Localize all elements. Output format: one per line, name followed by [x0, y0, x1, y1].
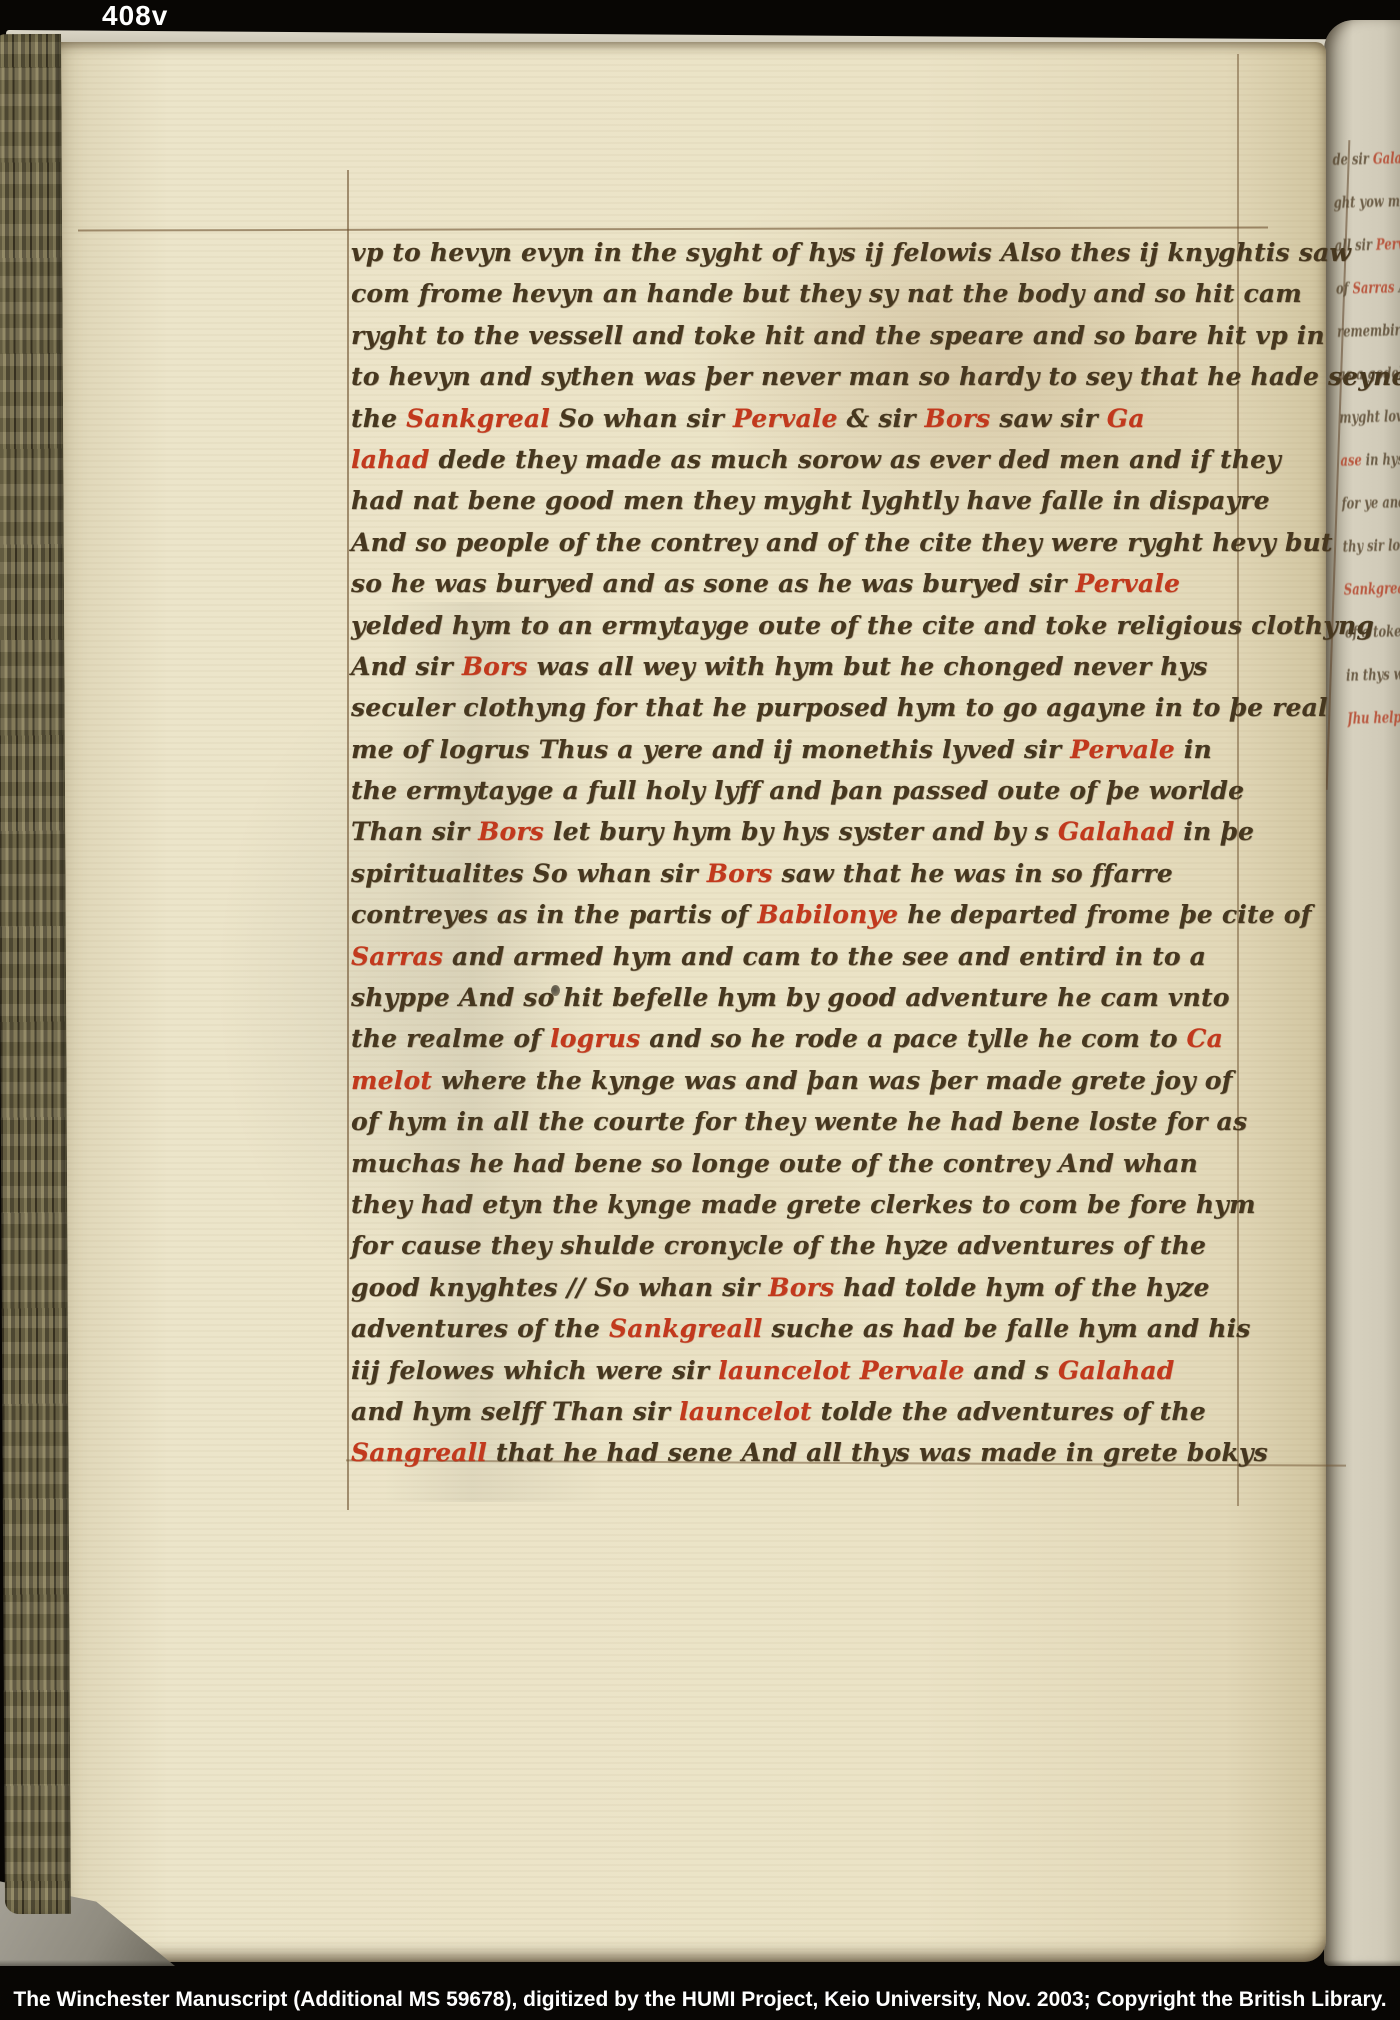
ink-text: suche as had be falle hym and his — [762, 1314, 1250, 1343]
ink-text: to hevyn and sythen was þer never man so… — [351, 362, 1400, 391]
facing-page-line: in thys worlde S — [1346, 651, 1400, 697]
rubricated-word: Sankgreall — [609, 1314, 763, 1343]
ink-text: that he had sene And all thys was made i… — [487, 1438, 1268, 1467]
caption-bar: The Winchester Manuscript (Additional MS… — [0, 1960, 1400, 2020]
manuscript-line: melot where the kynge was and þan was þe… — [351, 1060, 1251, 1101]
ink-text — [851, 1356, 860, 1385]
ink-text: was all wey with hym but he chonged neve… — [528, 652, 1208, 681]
manuscript-line: so he was buryed and as sone as he was b… — [351, 563, 1251, 604]
facing-page-line: de sir Galaha — [1332, 135, 1400, 181]
manuscript-line: the realme of logrus and so he rode a pa… — [351, 1018, 1251, 1059]
ink-text: And sir — [351, 652, 462, 681]
ink-text: iij felowes which were sir — [351, 1356, 718, 1385]
ink-text: de sir — [1332, 149, 1373, 169]
manuscript-line: had nat bene good men they myght lyghtly… — [351, 480, 1251, 521]
manuscript-line: muchas he had bene so longe oute of the … — [351, 1143, 1251, 1184]
ink-text: the ermytayge a full holy lyff and þan p… — [351, 776, 1244, 805]
manuscript-line: the Sankgreal So whan sir Pervale & sir … — [351, 398, 1251, 439]
rubricated-word: Ga — [1107, 404, 1145, 433]
manuscript-line: lahad dede they made as much sorow as ev… — [351, 439, 1251, 480]
facing-page-line: Sankgreal that — [1343, 565, 1400, 611]
manuscript-line: adventures of the Sankgreall suche as ha… — [351, 1308, 1251, 1349]
ink-text: and hym selff Than sir — [351, 1397, 679, 1426]
rubricated-word: Bors — [924, 404, 990, 433]
ink-text: good knyghtes // So whan sir — [351, 1273, 768, 1302]
rubricated-word: lahad — [351, 445, 430, 474]
manuscript-line: Than sir Bors let bury hym by hys syster… — [351, 811, 1251, 852]
manuscript-line: shyppe And so hit befelle hym by good ad… — [351, 977, 1251, 1018]
rubricated-word: Sarras — [1352, 277, 1394, 297]
facing-page-line: ght yow my lorde f — [1333, 178, 1400, 224]
manuscript-line: spiritualites So whan sir Bors saw that … — [351, 853, 1251, 894]
rubricated-word: logrus — [550, 1024, 640, 1053]
ink-text: for ye and I shall no — [1341, 490, 1400, 512]
manuscript-line: com frome hevyn an hande but they sy nat… — [351, 273, 1251, 314]
manuscript-line: good knyghtes // So whan sir Bors had to… — [351, 1267, 1251, 1308]
ink-text: and armed hym and cam to the see and ent… — [443, 942, 1206, 971]
manuscript-line: for cause they shulde cronycle of the hy… — [351, 1225, 1251, 1266]
ink-text: ryght to the vessell and toke hit and th… — [351, 321, 1325, 350]
rubricated-word: Jhu helpe hym th — [1347, 706, 1400, 728]
rubricated-word: Ca — [1186, 1024, 1223, 1053]
rubricated-word: Pervale — [1376, 234, 1400, 254]
rubricated-word: Sankgreal — [406, 404, 550, 433]
facing-page-line: for ye and I shall no — [1341, 479, 1400, 525]
caption-text: The Winchester Manuscript (Additional MS… — [13, 1988, 1386, 2012]
rubricated-word: Pervale — [1070, 735, 1175, 764]
rubricated-word: Bors — [462, 652, 528, 681]
rubricated-word: Galahad — [1058, 1356, 1175, 1385]
manuscript-line: of hym in all the courte for they wente … — [351, 1101, 1251, 1142]
manuscript-line: seculer clothyng for that he purposed hy… — [351, 687, 1251, 728]
ink-text: he departed frome þe cite of — [898, 900, 1311, 929]
manuscript-line: and hym selff Than sir launcelot tolde t… — [351, 1391, 1251, 1432]
ink-text: in þe — [1174, 817, 1254, 846]
ink-text: they had etyn the kynge made grete clerk… — [351, 1190, 1256, 1219]
manuscript-page: vp to hevyn evyn in the syght of hys ij … — [54, 42, 1326, 1962]
ink-text: muchas he had bene so longe oute of the … — [351, 1149, 1198, 1178]
ink-text: vp to hevyn evyn in the syght of hys ij … — [351, 238, 1351, 267]
ruling-line-left-margin — [347, 170, 349, 1510]
manuscript-line: they had etyn the kynge made grete clerk… — [351, 1184, 1251, 1225]
manuscript-line: me of logrus Thus a yere and ij monethis… — [351, 729, 1251, 770]
manuscript-line: contreyes as in the partis of Babilonye … — [351, 894, 1251, 935]
ink-text: the realme of — [351, 1024, 550, 1053]
book-page-edges — [0, 34, 71, 1914]
ink-text: had tolde hym of the hyze — [834, 1273, 1209, 1302]
ink-text: the — [351, 404, 406, 433]
rubricated-word: Galahad — [1058, 817, 1175, 846]
manuscript-line: And sir Bors was all wey with hym but he… — [351, 646, 1251, 687]
ink-text: Also e — [1394, 276, 1400, 296]
ink-text: in thys worlde S — [1346, 663, 1400, 685]
rubricated-word: ase — [1340, 450, 1362, 470]
rubricated-word: Babilonye — [757, 900, 898, 929]
facing-page-line: thy sir lorde he as — [1342, 522, 1400, 568]
manuscript-line: the ermytayge a full holy lyff and þan p… — [351, 770, 1251, 811]
rubricated-word: Sangreall — [351, 1438, 487, 1467]
ink-text: spiritualites So whan sir — [351, 859, 707, 888]
ink-text: And so people of the contrey and of the … — [351, 528, 1333, 557]
rubricated-word: Bors — [478, 817, 544, 846]
ink-text: of — [1336, 279, 1353, 298]
rubricated-word: Pervale — [733, 404, 838, 433]
rubricated-word: Pervale — [1075, 569, 1180, 598]
ink-text: So whan sir — [550, 404, 733, 433]
rubricated-word: Sankgreal — [1344, 578, 1400, 599]
ink-text: in — [1175, 735, 1212, 764]
ink-text: adventures of the — [351, 1314, 609, 1343]
manuscript-line: yelded hym to an ermytayge oute of the c… — [351, 605, 1251, 646]
ink-text: seculer clothyng for that he purposed hy… — [351, 693, 1328, 722]
rubricated-word: melot — [351, 1066, 432, 1095]
facing-page-line: myght loved hys wr — [1339, 393, 1400, 439]
ink-text: me of logrus Thus a yere and ij monethis… — [351, 735, 1070, 764]
ink-text: ght yow my lorde f — [1333, 190, 1400, 212]
rubricated-word: launcelot — [718, 1356, 851, 1385]
ink-text: and so he rode a pace tylle he com to — [640, 1024, 1186, 1053]
ink-text: myght loved hys wr — [1339, 405, 1400, 427]
facing-page-edge: de sir Galahaght yow my lorde fall sir P… — [1324, 20, 1400, 1966]
manuscript-line: And so people of the contrey and of the … — [351, 522, 1251, 563]
ink-text: yelded hym to an ermytayge oute of the c… — [351, 611, 1374, 640]
ink-text: and s — [964, 1356, 1057, 1385]
manuscript-line: ryght to the vessell and toke hit and th… — [351, 315, 1251, 356]
ink-text: thy sir lorde he as — [1342, 534, 1400, 556]
rubricated-word: Pervale — [860, 1356, 965, 1385]
ink-text: shyppe And so hit befelle hym by good ad… — [351, 983, 1230, 1012]
ink-text: Than sir — [351, 817, 478, 846]
rubricated-word: Galaha — [1373, 148, 1400, 168]
manuscript-line: Sarras and armed hym and cam to the see … — [351, 936, 1251, 977]
rubricated-word: launcelot — [679, 1397, 812, 1426]
ink-text: of hym in all the courte for they wente … — [351, 1107, 1247, 1136]
facing-page-line: ase in hys ar — [1340, 436, 1400, 482]
ink-text: remembir of thys on — [1337, 319, 1400, 341]
facing-page-text: de sir Galahaght yow my lorde fall sir P… — [1332, 135, 1400, 739]
ink-text: in hys ar — [1361, 449, 1400, 470]
ink-text: dede they made as much sorow as ever ded… — [430, 445, 1281, 474]
ink-text: where the kynge was and þan was þer made… — [432, 1066, 1233, 1095]
folio-number: 408v — [102, 0, 168, 32]
facing-page-line: remembir of thys on — [1337, 307, 1400, 353]
ink-text: com frome hevyn an hande but they sy nat… — [351, 279, 1302, 308]
ink-text: saw that he was in so ffarre — [773, 859, 1173, 888]
manuscript-text-block: vp to hevyn evyn in the syght of hys ij … — [351, 232, 1251, 1474]
manuscript-line: to hevyn and sythen was þer never man so… — [351, 356, 1251, 397]
ink-text: tolde the adventures of the — [812, 1397, 1206, 1426]
ink-text: & sir — [838, 404, 925, 433]
facing-page-line: of Sarras Also e — [1335, 264, 1400, 310]
manuscript-line: Sangreall that he had sene And all thys … — [351, 1432, 1251, 1473]
ink-text: so he was buryed and as sone as he was b… — [351, 569, 1075, 598]
ink-text: saw sir — [990, 404, 1106, 433]
ink-text: for cause they shulde cronycle of the hy… — [351, 1231, 1206, 1260]
facing-page-line: Jhu helpe hym th — [1347, 694, 1400, 740]
manuscript-line: iij felowes which were sir launcelot Per… — [351, 1350, 1251, 1391]
rubricated-word: Sarras — [351, 942, 443, 971]
rubricated-word: Bors — [707, 859, 773, 888]
ink-text: contreyes as in the partis of — [351, 900, 757, 929]
manuscript-line: vp to hevyn evyn in the syght of hys ij … — [351, 232, 1251, 273]
rubricated-word: Bors — [768, 1273, 834, 1302]
ink-text: had nat bene good men they myght lyghtly… — [351, 486, 1270, 515]
ink-text: let bury hym by hys syster and by s — [544, 817, 1058, 846]
